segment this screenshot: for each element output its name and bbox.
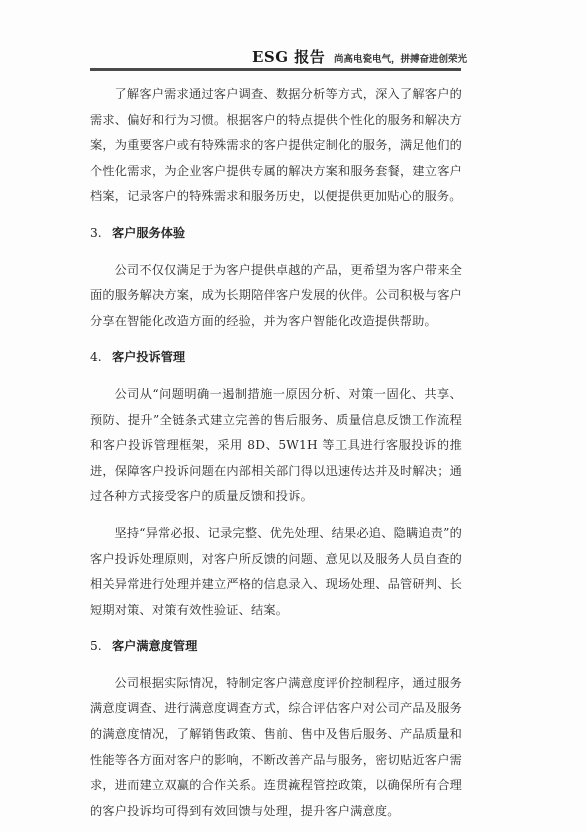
- section-heading-customer-service-experience: 3.客户服务体验: [90, 221, 462, 247]
- section-number: 4.: [90, 345, 112, 371]
- document-page: ESG 报告 尚高电瓷电气，拼搏奋进创荣光 了解客户需求通过客户调查、数据分析等…: [0, 0, 586, 832]
- page-content: 了解客户需求通过客户调查、数据分析等方式，深入了解客户的需求、偏好和行为习惯。根…: [90, 82, 462, 824]
- section-paragraph: 公司从“问题明确一遏制措施一原因分析、对策一固化、共享、预防、提升”全链条式建立…: [90, 382, 462, 510]
- header-divider: [90, 68, 461, 71]
- section-paragraph: 坚持“异常必报、记录完整、优先处理、结果必追、隐瞒追责”的客户投诉处理原则，对客…: [90, 521, 462, 623]
- section-heading-complaint-management: 4.客户投诉管理: [90, 345, 462, 371]
- section-paragraph: 公司不仅仅满足于为客户提供卓越的产品，更希望为客户带来全面的服务解决方案，成为长…: [90, 258, 462, 335]
- section-title: 客户满意度管理: [112, 639, 197, 653]
- section-number: 3.: [90, 221, 112, 247]
- section-title: 客户投诉管理: [112, 350, 185, 364]
- page-header: ESG 报告 尚高电瓷电气，拼搏奋进创荣光: [90, 46, 461, 68]
- section-paragraph: 公司根据实际情况，特制定客户满意度评价控制程序，通过服务满意度调查、进行满意度调…: [90, 671, 462, 825]
- section-number: 5.: [90, 634, 112, 660]
- intro-paragraph: 了解客户需求通过客户调查、数据分析等方式，深入了解客户的需求、偏好和行为习惯。根…: [90, 82, 462, 210]
- company-slogan: 尚高电瓷电气，拼搏奋进创荣光: [334, 51, 467, 65]
- report-title: ESG 报告: [252, 46, 325, 67]
- page-number: 40: [0, 780, 586, 790]
- section-title: 客户服务体验: [112, 226, 185, 240]
- section-heading-satisfaction-management: 5.客户满意度管理: [90, 634, 462, 660]
